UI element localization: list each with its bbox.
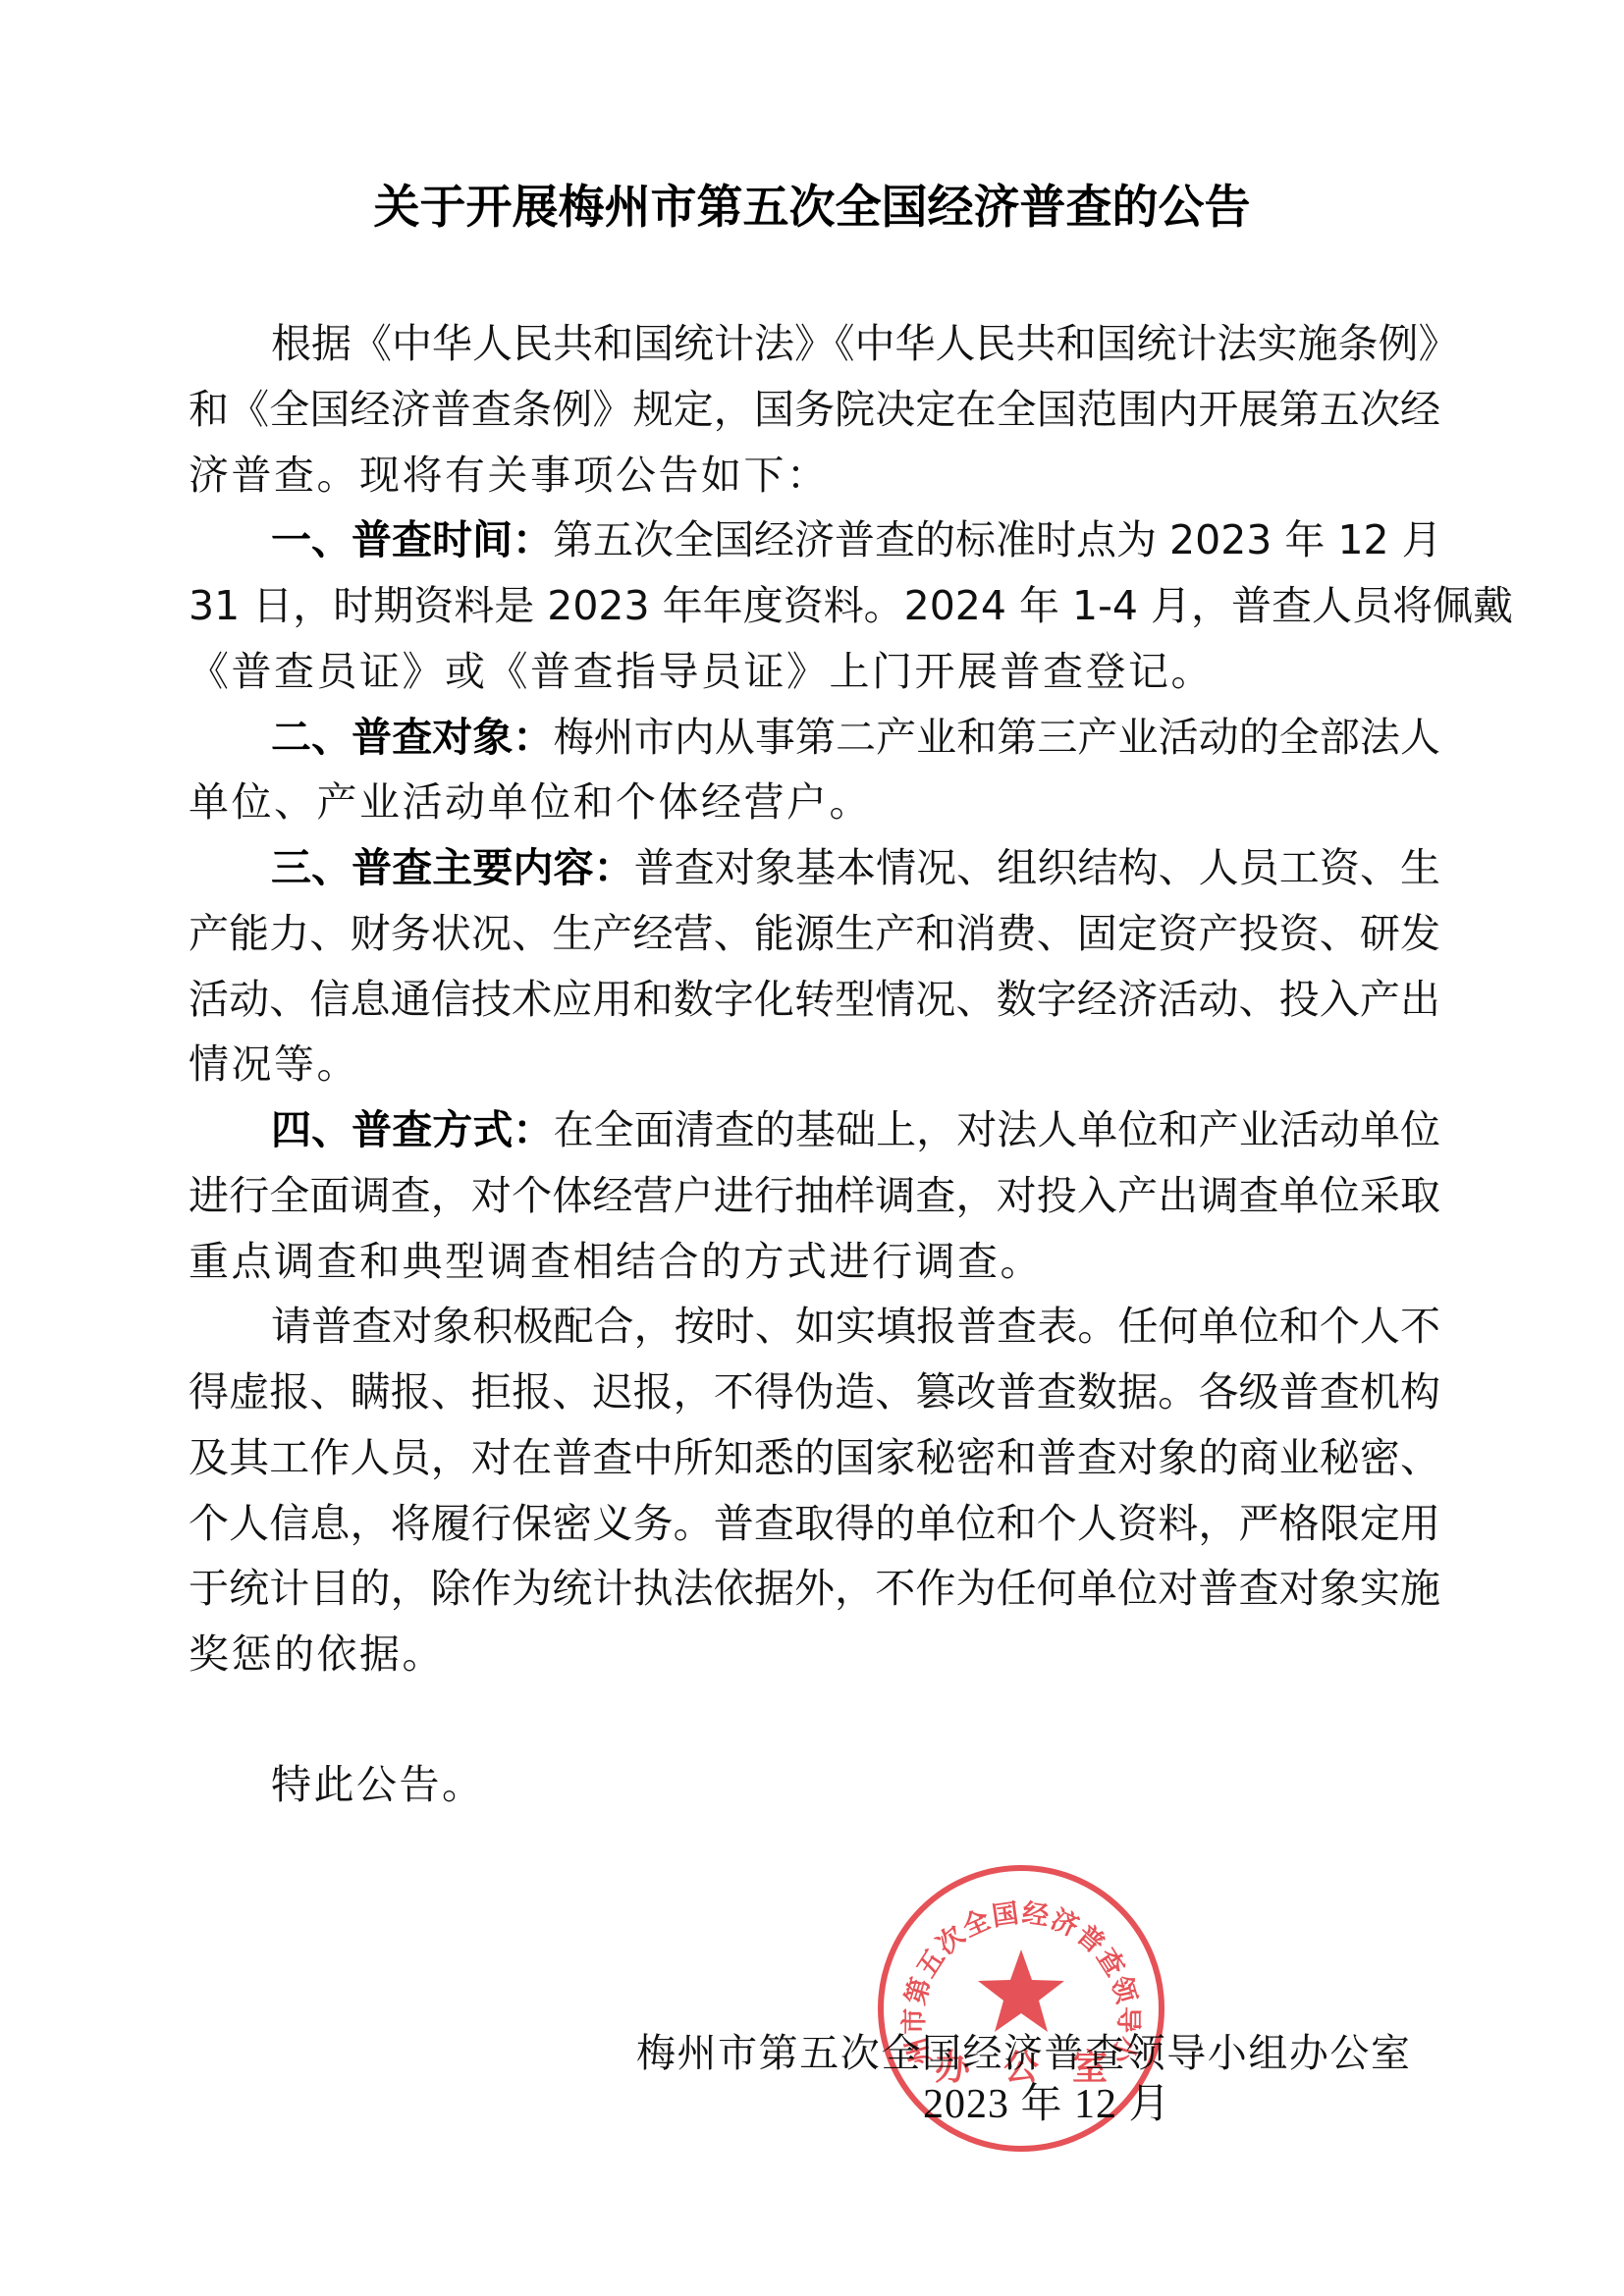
paragraph-1-line-1: 根据《中华人民共和国统计法》《中华人民共和国统计法实施条例》 bbox=[189, 311, 1440, 377]
star-icon bbox=[978, 1949, 1064, 2032]
section-3-line-1: 三、普查主要内容：普查对象基本情况、组织结构、人员工资、生 bbox=[189, 835, 1440, 901]
section-4-line-2: 进行全面调查，对个体经营户进行抽样调查，对投入产出调查单位采取 bbox=[189, 1163, 1440, 1229]
document-page: 关于开展梅州市第五次全国经济普查的公告 根据《中华人民共和国统计法》《中华人民共… bbox=[0, 0, 1624, 2296]
section-4-heading: 四、普查方式： bbox=[271, 1106, 554, 1153]
document-title: 关于开展梅州市第五次全国经济普查的公告 bbox=[0, 179, 1624, 238]
section-3-line-3: 活动、信息通信技术应用和数字化转型情况、数字经济活动、投入产出 bbox=[189, 967, 1440, 1033]
section-4-text: 在全面清查的基础上，对法人单位和产业活动单位 bbox=[554, 1106, 1441, 1153]
closing-statement: 特此公告。 bbox=[271, 1752, 485, 1817]
section-4-line-3: 重点调查和典型调查相结合的方式进行调查。 bbox=[189, 1229, 1440, 1295]
section-1-heading: 一、普查时间： bbox=[271, 516, 553, 563]
section-1-line-1: 一、普查时间：第五次全国经济普查的标准时点为 2023 年 12 月 bbox=[189, 507, 1440, 573]
section-3-text: 普查对象基本情况、组织结构、人员工资、生 bbox=[634, 844, 1440, 891]
section-1-text: 第五次全国经济普查的标准时点为 2023 年 12 月 bbox=[553, 516, 1442, 563]
paragraph-1-line-3: 济普查。现将有关事项公告如下： bbox=[189, 443, 1440, 508]
document-body: 根据《中华人民共和国统计法》《中华人民共和国统计法实施条例》 和《全国经济普查条… bbox=[189, 311, 1440, 1687]
seal-bottom-char-2: 公 bbox=[1003, 2048, 1039, 2088]
section-3-heading: 三、普查主要内容： bbox=[271, 844, 634, 891]
paragraph-6-line-2: 得虚报、瞒报、拒报、迟报，不得伪造、篡改普查数据。各级普查机构 bbox=[189, 1360, 1440, 1425]
seal-icon: 梅州市第五次全国经济普查领导小组 办 公 室 bbox=[874, 1861, 1168, 2156]
paragraph-6-line-6: 奖惩的依据。 bbox=[189, 1622, 1440, 1687]
seal-bottom-char-1: 办 bbox=[935, 2048, 971, 2088]
section-2-heading: 二、普查对象： bbox=[271, 714, 554, 761]
paragraph-6-line-4: 个人信息，将履行保密义务。普查取得的单位和个人资料，严格限定用 bbox=[189, 1491, 1440, 1557]
section-2-text: 梅州市内从事第二产业和第三产业活动的全部法人 bbox=[554, 714, 1441, 761]
official-seal: 梅州市第五次全国经济普查领导小组 办 公 室 bbox=[874, 1861, 1168, 2156]
section-2-line-1: 二、普查对象：梅州市内从事第二产业和第三产业活动的全部法人 bbox=[189, 705, 1440, 771]
seal-bottom-char-3: 室 bbox=[1072, 2048, 1108, 2088]
section-3-line-2: 产能力、财务状况、生产经营、能源生产和消费、固定资产投资、研发 bbox=[189, 901, 1440, 967]
section-1-line-2: 31 日，时期资料是 2023 年年度资料。2024 年 1-4 月，普查人员将… bbox=[189, 573, 1440, 639]
section-2-line-2: 单位、产业活动单位和个体经营户。 bbox=[189, 770, 1440, 835]
paragraph-6-line-1: 请普查对象积极配合，按时、如实填报普查表。任何单位和个人不 bbox=[189, 1294, 1440, 1360]
paragraph-1-line-2: 和《全国经济普查条例》规定，国务院决定在全国范围内开展第五次经 bbox=[189, 377, 1440, 443]
paragraph-6-line-3: 及其工作人员，对在普查中所知悉的国家秘密和普查对象的商业秘密、 bbox=[189, 1425, 1440, 1491]
paragraph-6-line-5: 于统计目的，除作为统计执法依据外，不作为任何单位对普查对象实施 bbox=[189, 1556, 1440, 1622]
section-1-line-3: 《普查员证》或《普查指导员证》上门开展普查登记。 bbox=[189, 639, 1440, 705]
section-3-line-4: 情况等。 bbox=[189, 1032, 1440, 1097]
section-4-line-1: 四、普查方式：在全面清查的基础上，对法人单位和产业活动单位 bbox=[189, 1097, 1440, 1163]
